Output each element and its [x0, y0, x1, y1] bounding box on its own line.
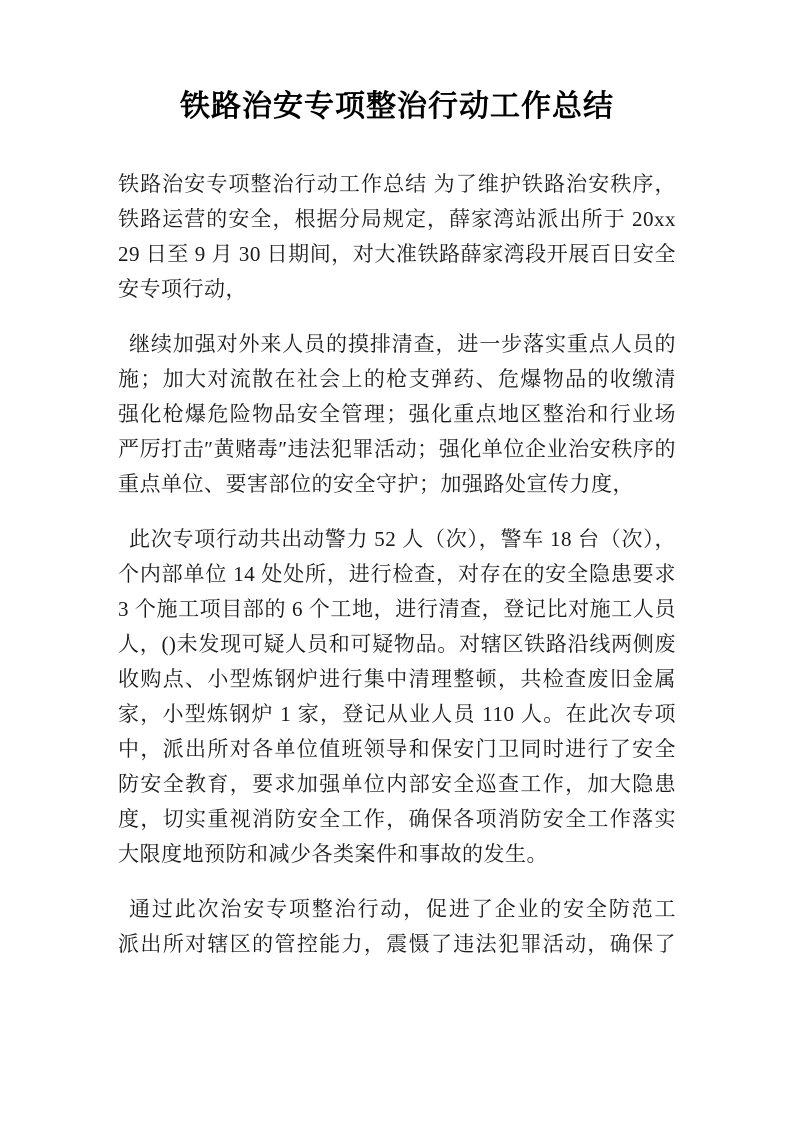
paragraph-line: 严厉打击″黄赌毒″违法犯罪活动；强化单位企业治安秩序的整治和: [118, 432, 676, 467]
paragraph-line: 人，()未发现可疑人员和可疑物品。对辖区铁路沿线两侧废旧金属: [118, 627, 676, 662]
paragraph-line: 家，小型炼钢炉 1 家，登记从业人员 110 人。在此次专项行动过程: [118, 697, 676, 732]
paragraph-line: 继续加强对外来人员的摸排清查，进一步落实重点人员的管控措: [118, 327, 676, 362]
paragraph-line: 此次专项行动共出动警力 52 人（次），警车 18 台（次），对 10: [118, 522, 676, 557]
paragraph-line: 施；加大对流散在社会上的枪支弹药、危爆物品的收缴清剿力度，: [118, 362, 676, 397]
paragraph-4: 通过此次治安专项整治行动，促进了企业的安全防范工作，提高了 派出所对辖区的管控能…: [118, 892, 676, 962]
paragraph-line: 29 日至 9 月 30 日期间，对大准铁路薛家湾段开展百日安全线路治: [118, 237, 676, 272]
paragraph-line: 安专项行动，: [118, 272, 676, 307]
paragraph-line: 收购点、小型炼钢炉进行集中清理整顿，共检查废旧金属收购点 54: [118, 662, 676, 697]
paragraph-line: 强化枪爆危险物品安全管理；强化重点地区整治和行业场所管控，: [118, 397, 676, 432]
paragraph-line: 3 个施工项目部的 6 个工地，进行清查，登记比对施工人员 109: [118, 592, 676, 627]
paragraph-line: 铁路治安专项整治行动工作总结 为了维护铁路治安秩序，切实保障: [118, 167, 676, 202]
paragraph-3: 此次专项行动共出动警力 52 人（次），警车 18 台（次），对 10 个内部单…: [118, 522, 676, 872]
paragraph-line: 防安全教育，要求加强单位内部安全巡查工作，加大隐患整改力: [118, 767, 676, 802]
paragraph-line: 通过此次治安专项整治行动，促进了企业的安全防范工作，提高了: [118, 892, 676, 927]
paragraph-line: 度，切实重视消防安全工作，确保各项消防安全工作落实到位，最: [118, 802, 676, 837]
document-title: 铁路治安专项整治行动工作总结: [118, 85, 676, 129]
paragraph-line: 重点单位、要害部位的安全守护；加强路处宣传力度，: [118, 467, 676, 502]
paragraph-line: 派出所对辖区的管控能力，震慑了违法犯罪活动，确保了辖区治安: [118, 927, 676, 962]
paragraph-line: 中，派出所对各单位值班领导和保安门卫同时进行了安全防范和消: [118, 732, 676, 767]
document-page: 铁路治安专项整治行动工作总结 铁路治安专项整治行动工作总结 为了维护铁路治安秩序…: [0, 0, 793, 1122]
paragraph-2: 继续加强对外来人员的摸排清查，进一步落实重点人员的管控措 施；加大对流散在社会上…: [118, 327, 676, 502]
paragraph-line: 个内部单位 14 处处所，进行检查，对存在的安全隐患要求整改。对: [118, 557, 676, 592]
paragraph-1: 铁路治安专项整治行动工作总结 为了维护铁路治安秩序，切实保障 铁路运营的安全，根…: [118, 167, 676, 307]
paragraph-line: 大限度地预防和减少各类案件和事故的发生。: [118, 837, 676, 872]
paragraph-line: 铁路运营的安全，根据分局规定，薛家湾站派出所于 20xx 年 6 月: [118, 202, 676, 237]
